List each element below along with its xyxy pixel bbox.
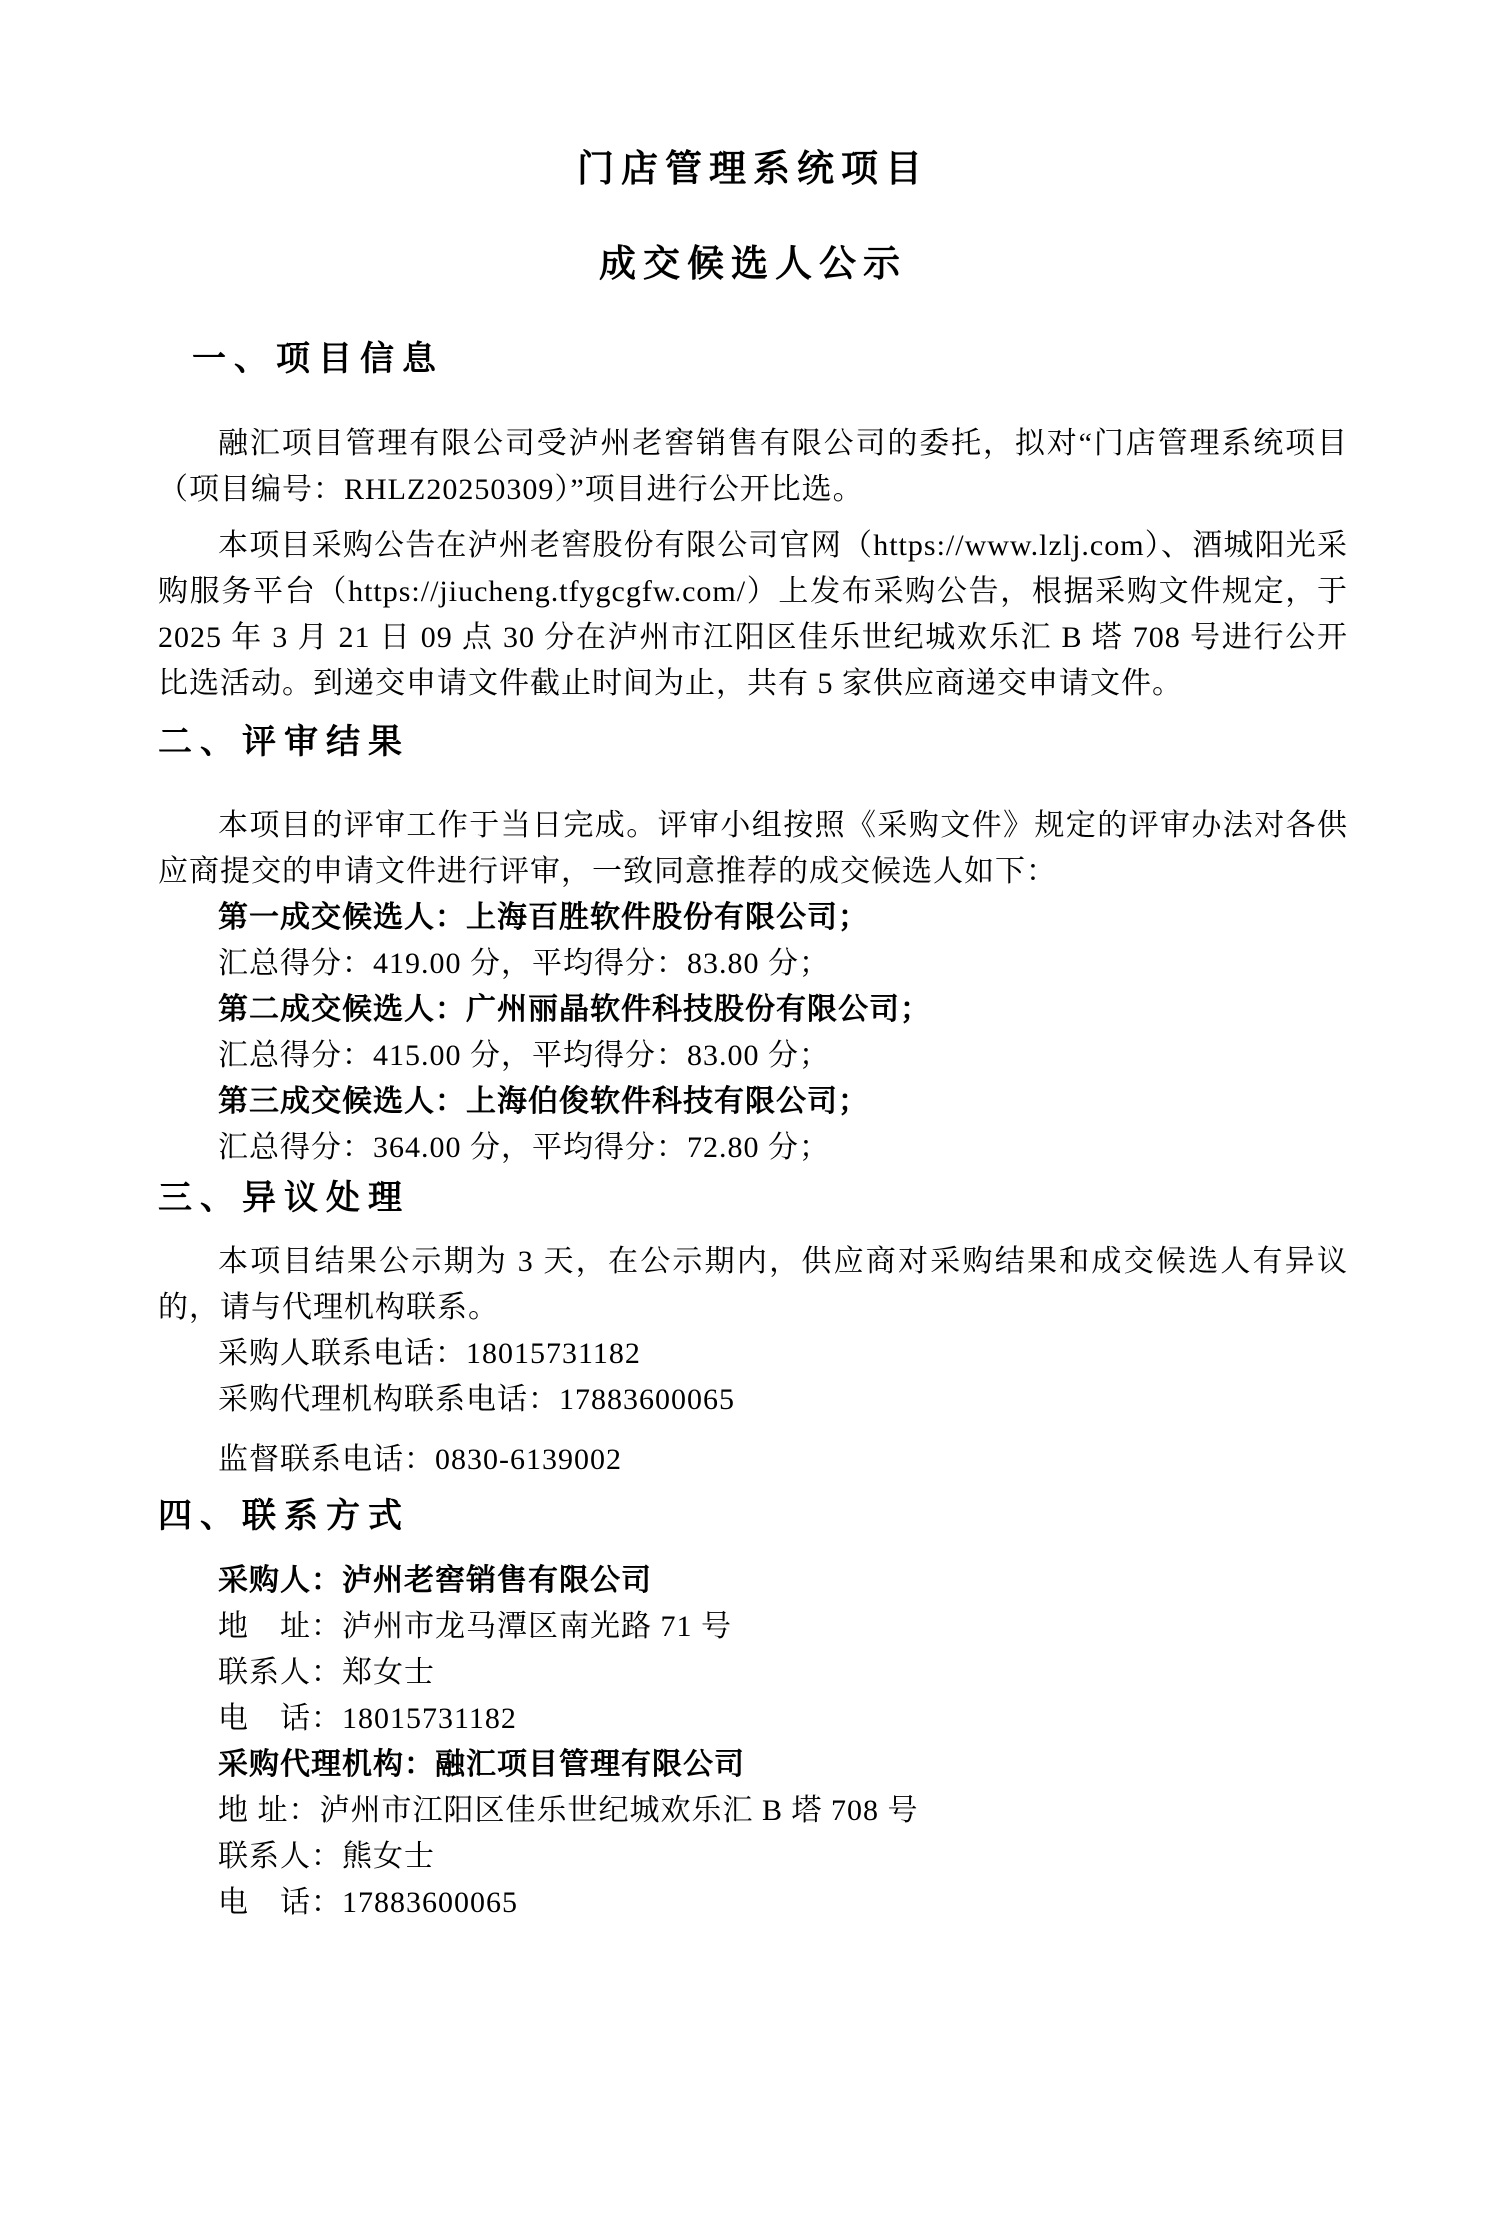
section3-heading: 三、异议处理 bbox=[158, 1181, 1348, 1217]
section1-paragraph-1: 融汇项目管理有限公司受泸州老窖销售有限公司的委托，拟对“门店管理系统项目（项目编… bbox=[158, 421, 1348, 513]
section3-paragraph: 本项目结果公示期为 3 天，在公示期内，供应商对采购结果和成交候选人有异议的，请… bbox=[158, 1239, 1348, 1331]
purchaser-telephone: 电 话：18015731182 bbox=[158, 1696, 1348, 1742]
candidate-2-score: 汇总得分：415.00 分，平均得分：83.00 分； bbox=[158, 1033, 1348, 1079]
section1-paragraph-2: 本项目采购公告在泸州老窖股份有限公司官网（https://www.lzlj.co… bbox=[158, 523, 1348, 707]
agency-contact-person: 联系人：熊女士 bbox=[158, 1834, 1348, 1880]
doc-title-line2: 成交候选人公示 bbox=[158, 245, 1348, 284]
candidate-3-score: 汇总得分：364.00 分，平均得分：72.80 分； bbox=[158, 1125, 1348, 1171]
section2-intro: 本项目的评审工作于当日完成。评审小组按照《采购文件》规定的评审办法对各供应商提交… bbox=[158, 803, 1348, 895]
doc-title-line1: 门店管理系统项目 bbox=[158, 150, 1348, 189]
candidate-1-label: 第一成交候选人：上海百胜软件股份有限公司； bbox=[158, 895, 1348, 941]
section2-heading: 二、评审结果 bbox=[158, 725, 1348, 761]
supervision-phone-line: 监督联系电话：0830-6139002 bbox=[158, 1437, 1348, 1483]
agency-address: 地 址：泸州市江阳区佳乐世纪城欢乐汇 B 塔 708 号 bbox=[158, 1788, 1348, 1834]
purchaser-title: 采购人：泸州老窖销售有限公司 bbox=[158, 1558, 1348, 1604]
purchaser-address: 地 址：泸州市龙马潭区南光路 71 号 bbox=[158, 1604, 1348, 1650]
document-page: 门店管理系统项目 成交候选人公示 一、项目信息 融汇项目管理有限公司受泸州老窖销… bbox=[0, 0, 1500, 2213]
purchaser-phone-line: 采购人联系电话：18015731182 bbox=[158, 1331, 1348, 1377]
candidate-3-label: 第三成交候选人：上海伯俊软件科技有限公司； bbox=[158, 1079, 1348, 1125]
agency-telephone: 电 话：17883600065 bbox=[158, 1880, 1348, 1926]
purchaser-contact-block: 采购人：泸州老窖销售有限公司 地 址：泸州市龙马潭区南光路 71 号 联系人：郑… bbox=[158, 1558, 1348, 1742]
candidate-2-label: 第二成交候选人：广州丽晶软件科技股份有限公司； bbox=[158, 987, 1348, 1033]
section1-heading: 一、项目信息 bbox=[158, 342, 1348, 378]
candidate-list: 第一成交候选人：上海百胜软件股份有限公司； 汇总得分：419.00 分，平均得分… bbox=[158, 895, 1348, 1171]
agency-title: 采购代理机构：融汇项目管理有限公司 bbox=[158, 1742, 1348, 1788]
candidate-1-score: 汇总得分：419.00 分，平均得分：83.80 分； bbox=[158, 941, 1348, 987]
agency-contact-block: 采购代理机构：融汇项目管理有限公司 地 址：泸州市江阳区佳乐世纪城欢乐汇 B 塔… bbox=[158, 1742, 1348, 1926]
purchaser-contact-person: 联系人：郑女士 bbox=[158, 1650, 1348, 1696]
agency-phone-line: 采购代理机构联系电话：17883600065 bbox=[158, 1377, 1348, 1423]
section4-heading: 四、联系方式 bbox=[158, 1499, 1348, 1535]
